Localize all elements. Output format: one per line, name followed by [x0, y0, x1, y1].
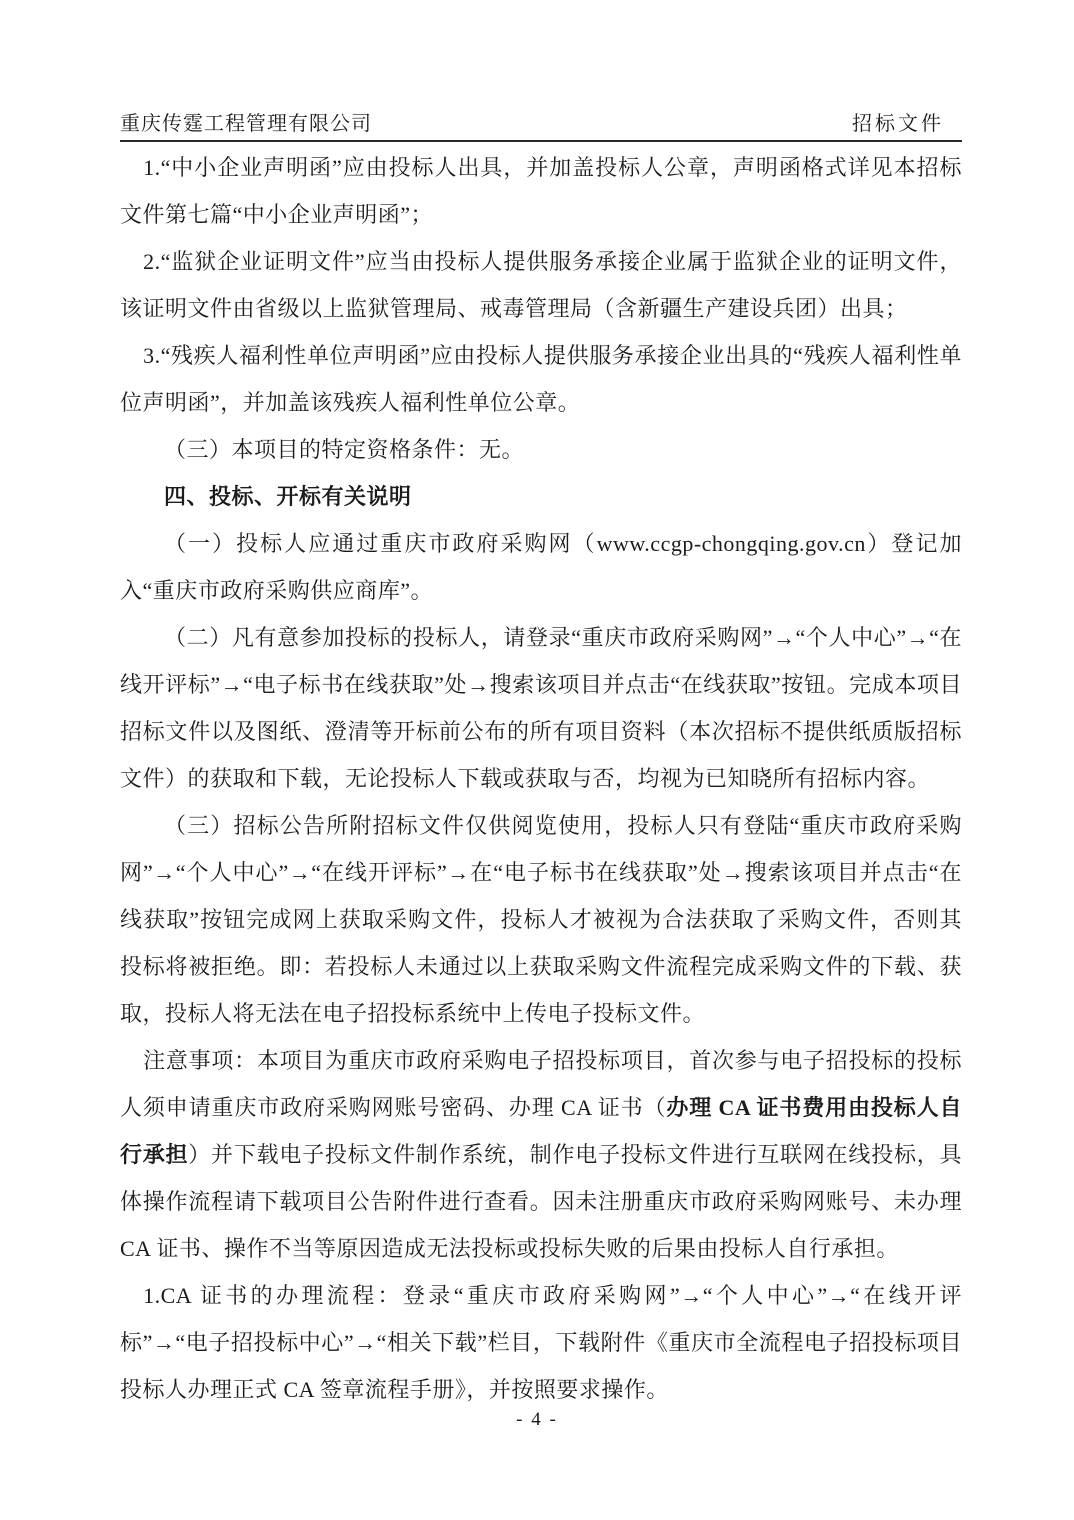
- header-doc-type: 招标文件: [852, 112, 944, 136]
- paragraph-ca-certificate-process: 1.CA 证书的办理流程：登录“重庆市政府采购网”→“个人中心”→“在线开评标”…: [120, 1272, 962, 1413]
- paragraph-online-acquisition-steps: （二）凡有意参加投标的投标人，请登录“重庆市政府采购网”→“个人中心”→“在线开…: [120, 614, 962, 802]
- paragraph-supplier-registration: （一）投标人应通过重庆市政府采购网（www.ccgp-chongqing.gov…: [120, 520, 962, 614]
- header-company-name: 重庆传霆工程管理有限公司: [120, 112, 372, 136]
- paragraph-notice: 注意事项：本项目为重庆市政府采购电子招投标项目，首次参与电子招投标的投标人须申请…: [120, 1037, 962, 1272]
- notice-text-after: ）并下载电子投标文件制作系统，制作电子投标文件进行互联网在线投标，具体操作流程请…: [120, 1142, 962, 1261]
- document-body: 1.“中小企业声明函”应由投标人出具，并加盖投标人公章，声明函格式详见本招标文件…: [120, 144, 962, 1413]
- paragraph-disabled-welfare-declaration: 3.“残疾人福利性单位声明函”应由投标人提供服务承接企业出具的“残疾人福利性单位…: [120, 332, 962, 426]
- section-heading-bid-opening-notes: 四、投标、开标有关说明: [120, 473, 962, 520]
- paragraph-prison-enterprise-cert: 2.“监狱企业证明文件”应当由投标人提供服务承接企业属于监狱企业的证明文件，该证…: [120, 238, 962, 332]
- paragraph-specific-qualification: （三）本项目的特定资格条件：无。: [120, 426, 962, 473]
- paragraph-sme-declaration: 1.“中小企业声明函”应由投标人出具，并加盖投标人公章，声明函格式详见本招标文件…: [120, 144, 962, 238]
- page-number: - 4 -: [516, 1409, 558, 1430]
- paragraph-document-view-only-rules: （三）招标公告所附招标文件仅供阅览使用，投标人只有登陆“重庆市政府采购网”→“个…: [120, 802, 962, 1037]
- document-page: 重庆传霆工程管理有限公司 招标文件 1.“中小企业声明函”应由投标人出具，并加盖…: [0, 0, 1074, 1520]
- page-footer: - 4 -: [0, 1408, 1074, 1432]
- page-header: 重庆传霆工程管理有限公司 招标文件: [120, 110, 962, 142]
